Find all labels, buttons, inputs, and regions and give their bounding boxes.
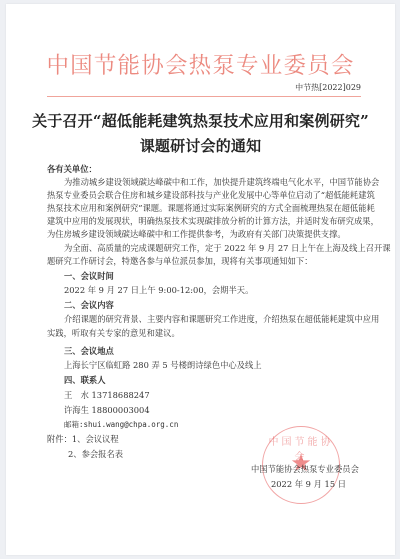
- para1-line: 热泵技术应用和案例研究”课题。课题将通过实际案例研究的方式全面梳理热泵在超低能耗: [47, 202, 375, 214]
- org-letterhead-title: 中国节能协会热泵专业委员会: [6, 48, 395, 80]
- notice-title-line1: 关于召开“超低能耗建筑热泵技术应用和案例研究”: [6, 110, 395, 131]
- para1-line: 为住房城乡建设领域碳达峰碳中和工作提供参考，为政府有关部门决策提供支撑。: [47, 228, 346, 240]
- para1-line: 为推动城乡建设领域碳达峰碳中和工作，加快提升建筑终端电气化水平，中国节能协会: [64, 176, 379, 188]
- section-heading-time: 一、会议时间: [64, 270, 114, 282]
- para2-line: 为全面、高质量的完成课题研究工作，定于 2022 年 9 月 27 日上午在上海…: [64, 242, 391, 254]
- para1-line: 建筑中应用的发展现状，明确热泵技术实现碳排放分析的计算方法，并适时发布研究成果，: [47, 215, 379, 227]
- document-number: 中节热[2022]029: [295, 82, 361, 93]
- contact-wang-shui: 王 水 13718688247: [64, 389, 150, 401]
- para2-line: 题研究工作研讨会，特邀各参与单位派员参加，现将有关事项通知如下：: [47, 255, 313, 267]
- meeting-location: 上海长宁区临虹路 280 弄 5 号楼朗诗绿色中心及线上: [64, 359, 262, 371]
- contact-xu-haisheng: 许海生 18800003004: [64, 404, 150, 416]
- salutation: 各有关单位：: [47, 163, 97, 175]
- contact-email[interactable]: 邮箱:shui.wang@chpa.org.cn: [64, 419, 178, 431]
- meeting-time: 2022 年 9 月 27 日上午 9:00-12:00，会期半天。: [64, 284, 253, 296]
- section-heading-contacts: 四、联系人: [64, 374, 106, 386]
- notice-title-line2: 课题研讨会的通知: [6, 135, 395, 156]
- signature-org: 中国节能协会热泵专业委员会: [251, 463, 359, 475]
- meeting-content-line: 介绍课题的研究背景、主要内容和课题研究工作进度，介绍热泵在超低能耗建筑中应用: [64, 313, 379, 325]
- section-heading-content: 二、会议内容: [64, 299, 114, 311]
- signature-date: 2022 年 9 月 15 日: [271, 478, 346, 490]
- meeting-content-line: 实践，听取有关专家的意见和建议。: [47, 327, 180, 339]
- para1-line: 热泵专业委员会联合住房和城乡建设部科技与产业化发展中心等单位启动了“超低能耗建筑: [47, 189, 375, 201]
- section-heading-location: 三、会议地点: [64, 345, 114, 357]
- attachment-2: 2、参会报名表: [68, 448, 123, 460]
- document-page: 中国节能协会热泵专业委员会 中节热[2022]029 关于召开“超低能耗建筑热泵…: [6, 4, 395, 555]
- attachment-1: 附件：1、会议议程: [47, 433, 119, 445]
- letterhead-divider: [47, 96, 361, 97]
